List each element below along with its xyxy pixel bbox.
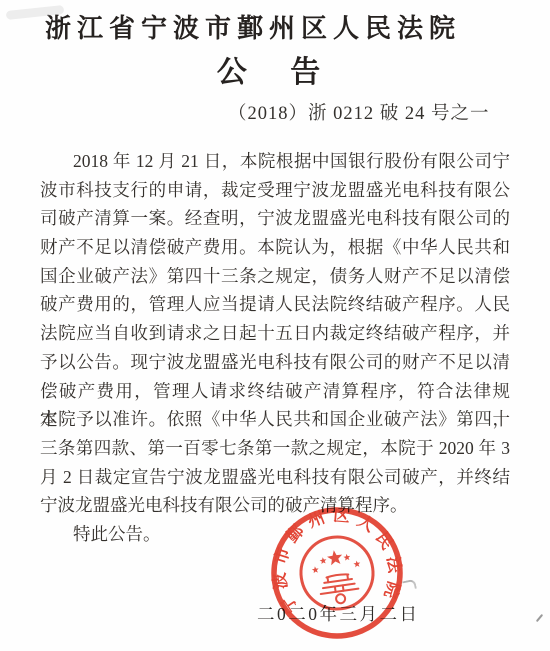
- body-line: 偿破产费用，管理人请求终结破产清算程序，符合法律规定，: [40, 377, 510, 406]
- body-line: 月 2 日裁定宣告宁波龙盟盛光电科技有限公司破产，并终结: [40, 463, 510, 492]
- body-line: 破产费用的，管理人应当提请人民法院终结破产程序。人民: [40, 290, 510, 319]
- case-number: （2018）浙 0212 破 24 号之一: [228, 99, 490, 125]
- tiananmen-gate-shape: [318, 572, 358, 594]
- announcement-body: 2018 年 12 月 21 日，本院根据中国银行股份有限公司宁 波市科技支行的…: [40, 147, 510, 549]
- body-line: 法院应当自收到请求之日起十五日内裁定终结破产程序，并: [40, 319, 510, 348]
- announcement-title: 公 告: [0, 47, 550, 91]
- body-line: 予以公告。现宁波龙盟盛光电科技有限公司的财产不足以清: [40, 348, 510, 377]
- body-line: 三条第四款、第一百零七条第一款之规定，本院于 2020 年 3: [40, 434, 510, 463]
- body-line: 国企业破产法》第四十三条之规定，债务人财产不足以清偿: [40, 262, 510, 291]
- body-line: 司破产清算一案。经查明，宁波龙盟盛光电科技有限公司的: [40, 204, 510, 233]
- body-line: 财产不足以清偿破产费用。本院认为，根据《中华人民共和: [40, 233, 510, 262]
- court-seal-stamp: 宁波市鄞州区人民法院: [262, 498, 412, 648]
- national-emblem-icon: [296, 532, 377, 613]
- body-line: 波市科技支行的申请，裁定受理宁波龙盟盛光电科技有限公: [40, 176, 510, 205]
- body-line: 2018 年 12 月 21 日，本院根据中国银行股份有限公司宁: [40, 147, 510, 176]
- body-line: 本院予以准许。依照《中华人民共和国企业破产法》第四十: [40, 405, 510, 434]
- court-announcement-page: 浙江省宁波市鄞州区人民法院 公 告 （2018）浙 0212 破 24 号之一 …: [0, 0, 550, 651]
- scan-artifact: [536, 614, 543, 622]
- court-name-heading: 浙江省宁波市鄞州区人民法院: [0, 8, 528, 45]
